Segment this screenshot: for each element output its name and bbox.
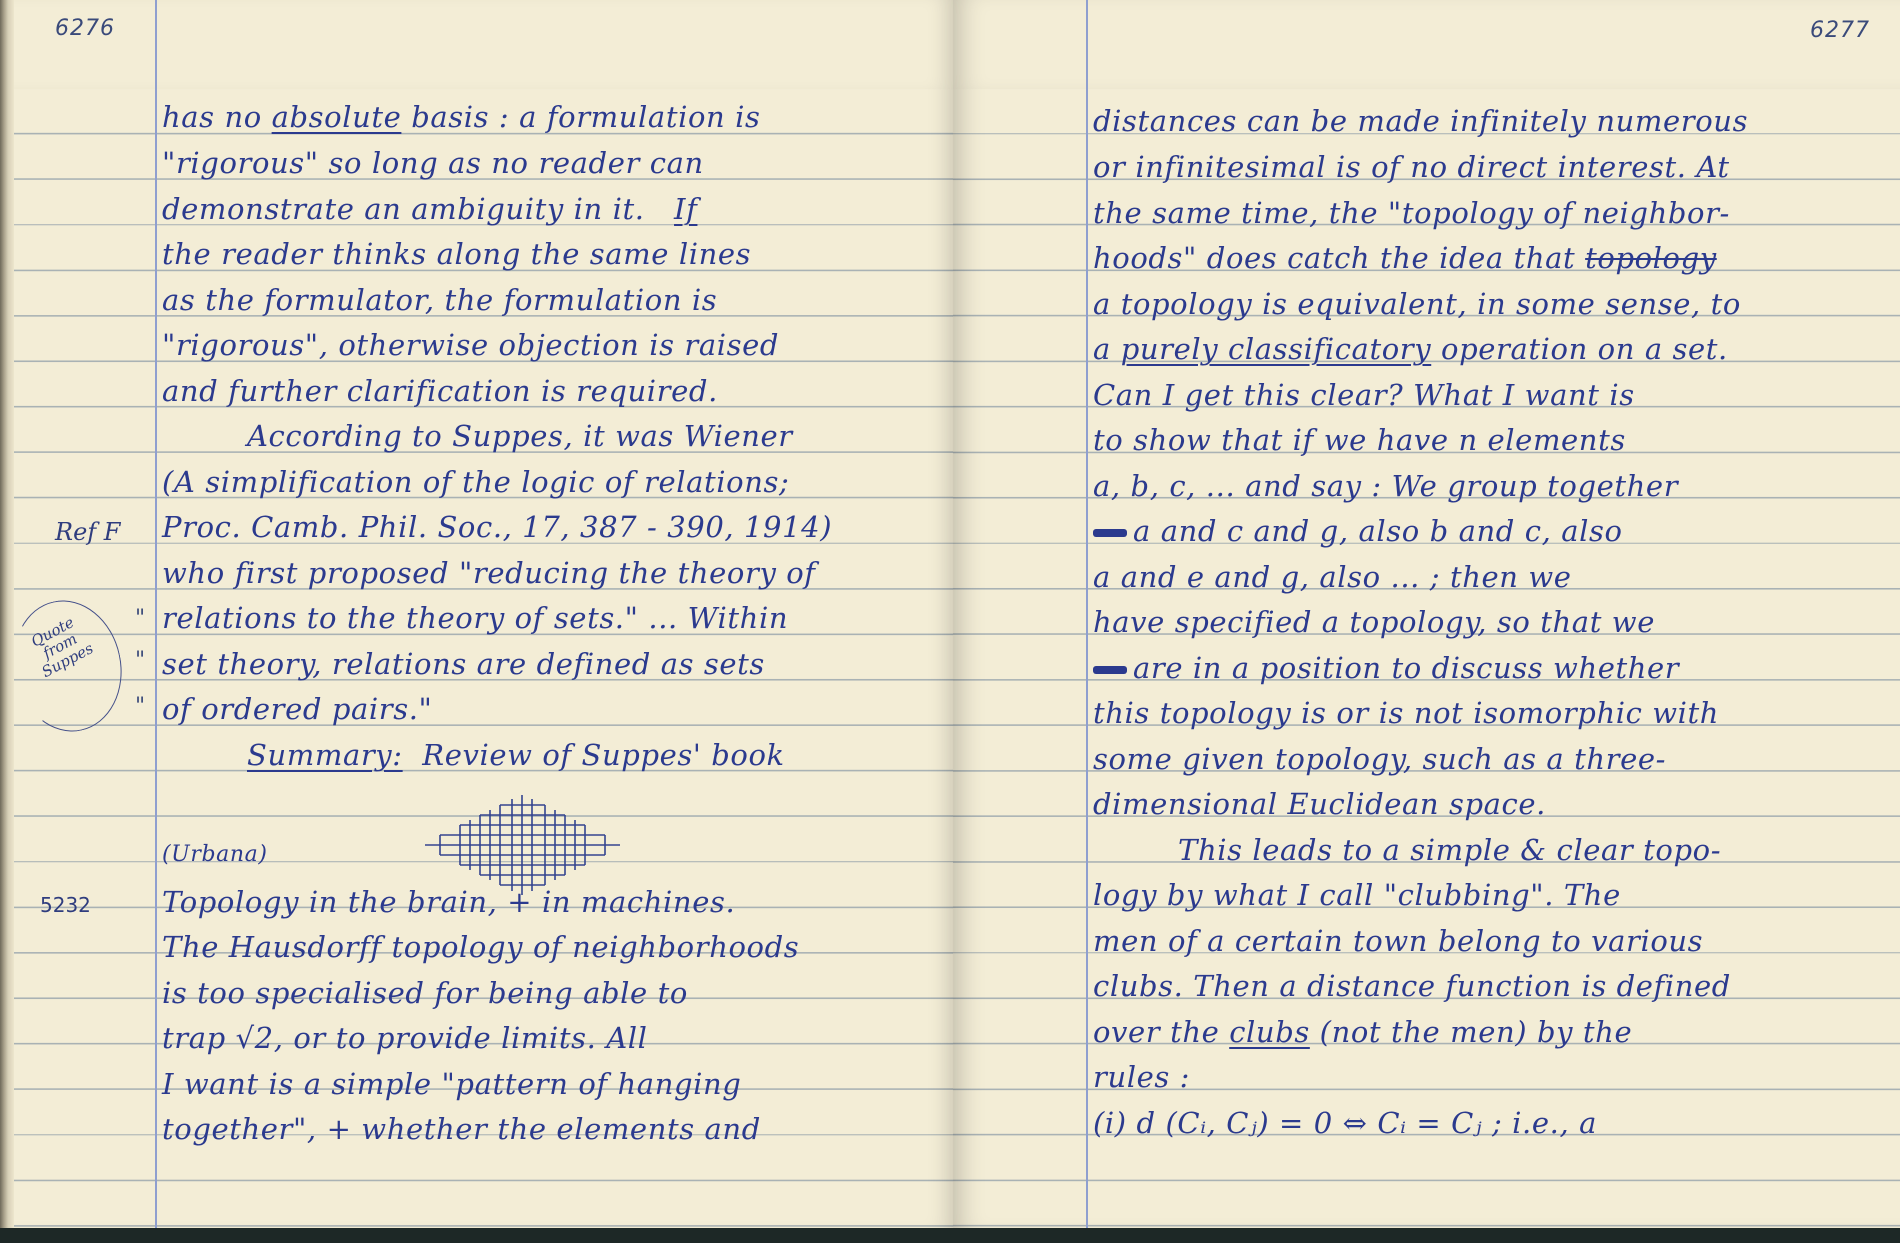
text-line: clubs. Then a distance function is defin… — [1093, 969, 1731, 1003]
scratched-out-mark — [1093, 529, 1127, 537]
page-edge-stack — [0, 0, 14, 1228]
text-line: are in a position to discuss whether — [1093, 651, 1679, 685]
text-line: and further clarification is required. — [162, 374, 718, 408]
text-line: a and c and g, also b and c, also — [1093, 514, 1623, 548]
summary-line: Summary: Review of Suppes' book — [162, 738, 785, 772]
ditto-mark: " — [135, 648, 145, 673]
text-line: logy by what I call "clubbing". The — [1093, 878, 1621, 912]
text-line: trap √2, or to provide limits. All — [162, 1021, 648, 1055]
text-line: to show that if we have n elements — [1093, 423, 1626, 457]
text-line: a topology is equivalent, in some sense,… — [1093, 287, 1741, 321]
background-surface — [0, 1228, 1900, 1243]
margin-rule — [1086, 0, 1088, 1228]
text-line: relations to the theory of sets." ... Wi… — [162, 601, 788, 635]
formula-line: (i) d (Cᵢ, Cⱼ) = 0 ⇔ Cᵢ = Cⱼ ; i.e., a — [1093, 1106, 1597, 1140]
entry-number: 5232 — [40, 893, 91, 917]
crosshatch-doodle-icon — [420, 795, 630, 895]
text-line: the reader thinks along the same lines — [162, 237, 751, 271]
text-line: is too specialised for being able to — [162, 976, 688, 1010]
text-line: a, b, c, ... and say : We group together — [1093, 469, 1678, 503]
text-line: has no absolute basis : a formulation is — [162, 100, 760, 134]
text-line: hoods" does catch the idea that topology — [1093, 241, 1717, 275]
margin-rule — [155, 0, 157, 1228]
reference-note: Ref F — [55, 518, 120, 546]
text-line: as the formulator, the formulation is — [162, 283, 717, 317]
text-line: a and e and g, also ... ; then we — [1093, 560, 1572, 594]
ditto-mark: " — [135, 606, 145, 631]
left-page: 6276 has no absolute basis : a formulati… — [0, 0, 953, 1228]
text-line: rules : — [1093, 1060, 1190, 1094]
text-line: Can I get this clear? What I want is — [1093, 378, 1635, 412]
text-line: some given topology, such as a three- — [1093, 742, 1666, 776]
text-line: of ordered pairs." — [162, 692, 433, 726]
text-line: According to Suppes, it was Wiener — [162, 419, 793, 453]
text-line: who first proposed "reducing the theory … — [162, 556, 816, 590]
text-line: "rigorous", otherwise objection is raise… — [162, 328, 779, 362]
text-line: demonstrate an ambiguity in it. If — [162, 192, 697, 226]
text-line: I want is a simple "pattern of hanging — [162, 1067, 741, 1101]
location-note: (Urbana) — [162, 838, 268, 872]
text-line: over the clubs (not the men) by the — [1093, 1015, 1632, 1049]
text-line: together", + whether the elements and — [162, 1112, 761, 1146]
text-line: men of a certain town belong to various — [1093, 924, 1703, 958]
entry-heading: Topology in the brain, + in machines. — [162, 885, 735, 919]
text-line: or infinitesimal is of no direct interes… — [1093, 150, 1730, 184]
text-line: "rigorous" so long as no reader can — [162, 146, 704, 180]
text-line: distances can be made infinitely numerou… — [1093, 104, 1748, 138]
text-line: the same time, the "topology of neighbor… — [1093, 196, 1730, 230]
text-line: This leads to a simple & clear topo- — [1093, 833, 1721, 867]
text-line: a purely classificatory operation on a s… — [1093, 332, 1728, 366]
text-line: this topology is or is not isomorphic wi… — [1093, 696, 1719, 730]
open-notebook: 6276 has no absolute basis : a formulati… — [0, 0, 1900, 1228]
text-line: set theory, relations are defined as set… — [162, 647, 765, 681]
text-line: dimensional Euclidean space. — [1093, 787, 1546, 821]
text-line: The Hausdorff topology of neighborhoods — [162, 930, 799, 964]
scratched-out-mark — [1093, 666, 1127, 674]
right-page: 6277 distances can be made infinitely nu… — [953, 0, 1900, 1228]
page-number: 6276 — [55, 16, 115, 41]
page-number: 6277 — [1810, 18, 1870, 43]
ditto-mark: " — [135, 694, 145, 719]
text-line: (A simplification of the logic of relati… — [162, 465, 789, 499]
text-line: have specified a topology, so that we — [1093, 605, 1655, 639]
citation-line: Proc. Camb. Phil. Soc., 17, 387 - 390, 1… — [162, 510, 832, 544]
